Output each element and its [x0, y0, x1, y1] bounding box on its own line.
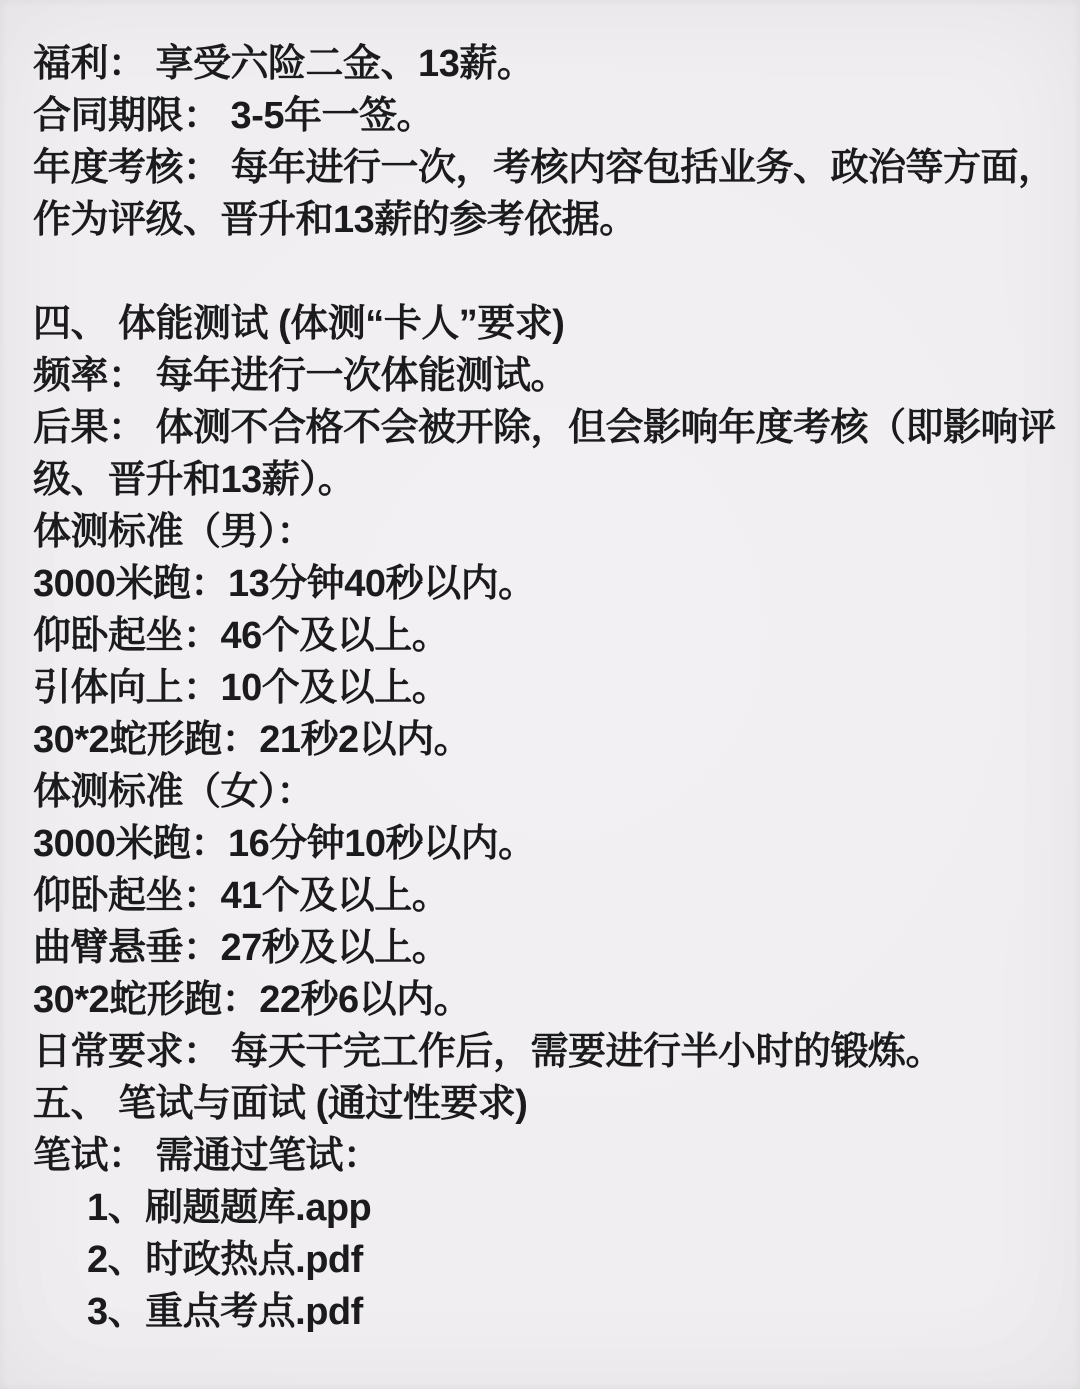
line-female-3000m-run: 3000米跑：16分钟10秒以内。 — [33, 818, 1052, 870]
document-content: 福利： 享受六险二金、13薪。 合同期限： 3-5年一签。 年度考核： 每年进行… — [33, 38, 1052, 1338]
line-female-flexed-arm-hang: 曲臂悬垂：27秒及以上。 — [33, 922, 1052, 974]
line-annual-review-1: 年度考核： 每年进行一次，考核内容包括业务、政治等方面， — [33, 142, 1052, 194]
line-female-situps: 仰卧起坐：41个及以上。 — [33, 870, 1052, 922]
line-benefits: 福利： 享受六险二金、13薪。 — [33, 38, 1052, 90]
list-item-key-points-pdf: 3、重点考点.pdf — [33, 1286, 1052, 1338]
section-5-heading: 五、 笔试与面试 (通过性要求) — [33, 1078, 1052, 1130]
line-consequence-1: 后果： 体测不合格不会被开除，但会影响年度考核（即影响评 — [33, 402, 1052, 454]
line-male-3000m-run: 3000米跑：13分钟40秒以内。 — [33, 558, 1052, 610]
line-female-standards-heading: 体测标准（女）： — [33, 766, 1052, 818]
section-4-heading: 四、 体能测试 (体测“卡人”要求) — [33, 298, 1052, 350]
line-male-shuttle-run: 30*2蛇形跑：21秒2以内。 — [33, 714, 1052, 766]
document-page: 福利： 享受六险二金、13薪。 合同期限： 3-5年一签。 年度考核： 每年进行… — [0, 0, 1080, 1389]
list-item-current-affairs-pdf: 2、时政热点.pdf — [33, 1234, 1052, 1286]
line-consequence-2: 级、晋升和13薪）。 — [33, 454, 1052, 506]
line-male-pullups: 引体向上：10个及以上。 — [33, 662, 1052, 714]
line-contract-term: 合同期限： 3-5年一签。 — [33, 90, 1052, 142]
line-male-standards-heading: 体测标准（男）： — [33, 506, 1052, 558]
line-written-test: 笔试： 需通过笔试： — [33, 1130, 1052, 1182]
line-annual-review-2: 作为评级、晋升和13薪的参考依据。 — [33, 194, 1052, 246]
line-daily-requirement: 日常要求： 每天干完工作后，需要进行半小时的锻炼。 — [33, 1026, 1052, 1078]
line-female-shuttle-run: 30*2蛇形跑：22秒6以内。 — [33, 974, 1052, 1026]
blank-line — [33, 246, 1052, 298]
line-frequency: 频率： 每年进行一次体能测试。 — [33, 350, 1052, 402]
list-item-question-bank-app: 1、刷题题库.app — [33, 1182, 1052, 1234]
line-male-situps: 仰卧起坐：46个及以上。 — [33, 610, 1052, 662]
